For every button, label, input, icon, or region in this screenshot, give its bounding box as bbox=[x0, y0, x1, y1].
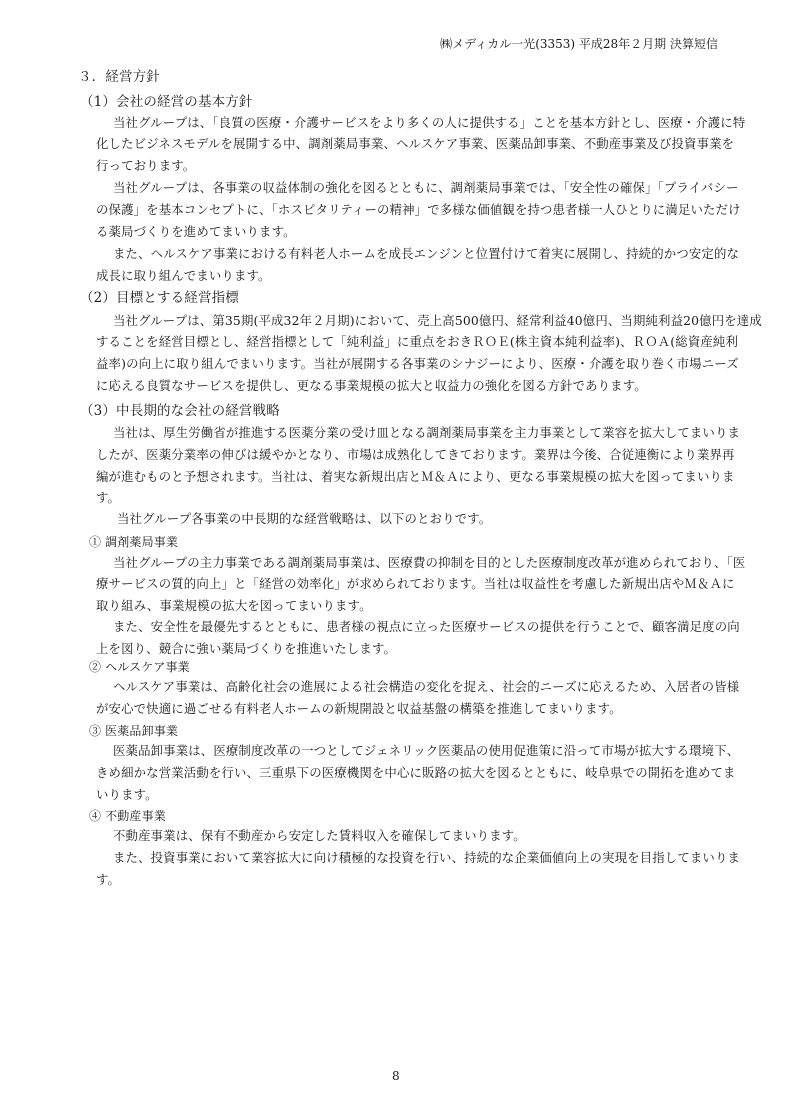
item-title-pharma-wholesale: ③ 医薬品卸事業 bbox=[89, 723, 178, 739]
paragraph-line: きめ細かな営業活動を行い、三重県下の医療機関を中心に販路の拡大を図るとともに、岐… bbox=[96, 765, 736, 781]
paragraph-line: 成長に取り組んでまいります。 bbox=[96, 268, 271, 284]
paragraph-line: ヘルスケア事業は、高齢化社会の進展による社会構造の変化を捉え、社会的ニーズに応え… bbox=[113, 679, 739, 695]
paragraph-line: 当社は、厚生労働省が推進する医薬分業の受け皿となる調剤薬局事業を主力事業として業… bbox=[113, 425, 740, 441]
item-title-healthcare: ② ヘルスケア事業 bbox=[89, 659, 190, 675]
paragraph-line: したが、医薬分業率の伸びは緩やかとなり、市場は成熟化してきております。業界は今後… bbox=[96, 447, 735, 463]
paragraph-line: 当社グループは、「良質の医療・介護サービスをより多くの人に提供する」ことを基本方… bbox=[113, 115, 745, 131]
paragraph-line: 医薬品卸事業は、医療制度改革の一つとしてジェネリック医薬品の使用促進策に沿って市… bbox=[113, 743, 739, 759]
subsection-title-strategy: （3）中長期的な会社の経営戦略 bbox=[80, 403, 280, 419]
section-title: ３．経営方針 bbox=[78, 69, 160, 85]
paragraph-line: 取り組み、事業規模の拡大を図ってまいります。 bbox=[96, 598, 372, 614]
subsection-title-basic-policy: （1）会社の経営の基本方針 bbox=[80, 94, 253, 110]
page-number: 8 bbox=[392, 1068, 400, 1084]
paragraph-line: る薬局づくりを進めてまいります。 bbox=[96, 224, 296, 240]
page-header: ㈱メディカル一光(3353) 平成28年２月期 決算短信 bbox=[440, 36, 718, 52]
paragraph-line: 上を図り、競合に強い薬局づくりを推進いたします。 bbox=[96, 641, 396, 657]
subsection-title-targets: （2）目標とする経営指標 bbox=[80, 290, 239, 306]
paragraph-line: また、投資事業において業容拡大に向け積極的な投資を行い、持続的な企業価値向上の実… bbox=[113, 850, 740, 866]
paragraph-line: 当社グループの主力事業である調剤薬局事業は、医療費の抑制を目的とした医療制度改革… bbox=[113, 555, 745, 571]
item-title-real-estate: ④ 不動産事業 bbox=[89, 808, 166, 824]
paragraph-line: す。 bbox=[96, 872, 120, 888]
paragraph-line: 当社グループ各事業の中長期的な経営戦略は、以下のとおりです。 bbox=[117, 511, 491, 527]
paragraph-line: 当社グループは、第35期(平成32年２月期)において、売上高500億円、経常利益… bbox=[113, 313, 762, 329]
paragraph-line: の保護」を基本コンセプトに、「ホスピタリティーの精神」で多様な価値観を持つ患者様… bbox=[96, 202, 741, 218]
paragraph-line: いります。 bbox=[96, 787, 158, 803]
paragraph-line: することを経営目標とし、経営指標として「純利益」に重点をおきＲＯＥ(株主資本純利… bbox=[96, 334, 738, 350]
paragraph-line: 不動産事業は、保有不動産から安定した賃料収入を確保してまいります。 bbox=[113, 828, 526, 844]
paragraph-line: 編が進むものと予想されます。当社は、着実な新規出店とＭ＆Ａにより、更なる事業規模… bbox=[96, 469, 735, 485]
paragraph-line: に応える良質なサービスを提供し、更なる事業規模の拡大と収益力の強化を図る方針であ… bbox=[96, 378, 647, 394]
item-title-dispensing-pharmacy: ① 調剤薬局事業 bbox=[89, 534, 178, 550]
paragraph-line: 化したビジネスモデルを展開する中、調剤薬局事業、ヘルスケア事業、医薬品卸事業、不… bbox=[96, 136, 734, 152]
paragraph-line: 行っております。 bbox=[96, 158, 195, 174]
paragraph-line: が安心で快適に過ごせる有料老人ホームの新規開設と収益基盤の構築を推進してまいりま… bbox=[96, 701, 622, 717]
paragraph-line: 益率)の向上に取り組んでまいります。当社が展開する各事業のシナジーにより、医療・… bbox=[96, 356, 739, 372]
paragraph-line: また、ヘルスケア事業における有料老人ホームを成長エンジンと位置付けて着実に展開し… bbox=[113, 246, 739, 262]
paragraph-line: 療サービスの質的向上」と「経営の効率化」が求められております。当社は収益性を考慮… bbox=[96, 576, 735, 592]
document-page: ㈱メディカル一光(3353) 平成28年２月期 決算短信 ３．経営方針 （1）会… bbox=[0, 0, 790, 1118]
paragraph-line: 当社グループは、各事業の収益体制の強化を図るとともに、調剤薬局事業では、「安全性… bbox=[113, 180, 739, 196]
paragraph-line: す。 bbox=[96, 490, 120, 506]
paragraph-line: また、安全性を最優先するとともに、患者様の視点に立った医療サービスの提供を行うこ… bbox=[113, 619, 740, 635]
